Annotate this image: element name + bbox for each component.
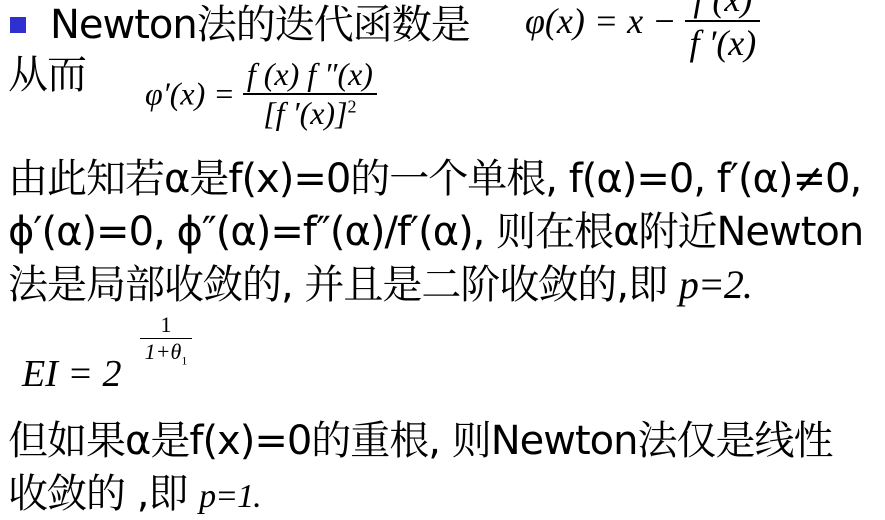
derivative-formula: φ′(x) = f (x) f ″(x) [f ′(x)]2	[145, 56, 377, 132]
para1-line1: 由此知若α是f(x)=0的一个单根, f(α)=0, f′(α)≠0,	[8, 156, 861, 202]
para1-line3: 法是局部收敛的, 并且是二阶收敛的,即 p=2.	[8, 262, 752, 308]
derivative-fraction: f (x) f ″(x) [f ′(x)]2	[243, 56, 377, 132]
order-two-value: p=2.	[679, 262, 752, 307]
line2-text: 从而	[8, 52, 86, 98]
iteration-numerator: f (x)	[685, 0, 760, 22]
ei-exp-num: 1	[140, 312, 192, 339]
ei-exp-den-sub: 1	[181, 353, 187, 367]
derivative-lhs: φ′(x) =	[145, 76, 235, 112]
para2-line2: 收敛的 ,即 p=1.	[8, 471, 261, 520]
ei-exponent: 1 1+θ1	[140, 312, 192, 368]
derivative-denominator-base: [f ′(x)]	[263, 95, 347, 131]
ei-exp-den-text: 1+θ	[145, 339, 182, 364]
iteration-lhs: φ(x) = x −	[525, 1, 676, 41]
derivative-denominator: [f ′(x)]2	[243, 95, 377, 132]
bullet-square-icon	[10, 17, 26, 33]
iteration-fraction: f (x) f ′(x)	[685, 0, 760, 64]
line1-text: Newton法的迭代函数是	[50, 2, 470, 48]
derivative-numerator: f (x) f ″(x)	[243, 56, 377, 95]
iteration-denominator: f ′(x)	[685, 22, 760, 64]
derivative-denominator-exp: 2	[348, 96, 357, 116]
para2-line2-text: 收敛的 ,即	[8, 471, 199, 517]
ei-exp-den: 1+θ1	[140, 339, 192, 368]
ei-lhs: EI = 2	[22, 352, 122, 396]
para1-line3-text: 法是局部收敛的, 并且是二阶收敛的,即	[8, 262, 679, 308]
iteration-formula: φ(x) = x − f (x) f ′(x)	[525, 0, 760, 64]
para2-line1: 但如果α是f(x)=0的重根, 则Newton法仅是线性	[8, 418, 832, 464]
para1-line2: ϕ′(α)=0, ϕ″(α)=f″(α)/f′(α), 则在根α附近Newton	[8, 209, 863, 255]
order-one-value: p=1.	[199, 478, 260, 515]
line1-label: Newton法的迭代函数是	[50, 2, 470, 48]
